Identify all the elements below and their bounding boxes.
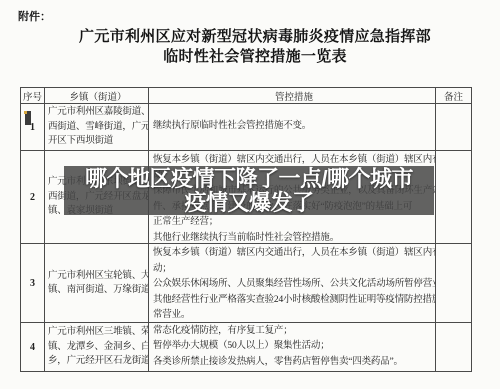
measures-line: 正常生产经营； [153, 215, 435, 231]
remark-cell [436, 244, 471, 322]
row-number: 3 [21, 244, 45, 322]
township-line: 乡，广元经开区石龙街道 [48, 354, 148, 369]
table-row: 4 广元市利州区三堆镇、荣山 镇、龙潭乡、金洞乡、白朝 乡，广元经开区石龙街道 … [21, 323, 471, 371]
measures-cell: 恢复本乡镇（街道）辖区内交通出行，人员在本乡镇（街道）辖区内有序流 动； 公众娱… [149, 244, 436, 322]
table-header-row: 序号 乡镇（街道） 管控措施 备注 [21, 88, 471, 104]
row-number: 2 [21, 151, 45, 243]
table-row: 3 广元市利州区宝轮镇、大石 镇、南河街道、万缘街道 恢复本乡镇（街道）辖区内交… [21, 244, 471, 323]
row-number: 4 [21, 323, 45, 371]
caption-line1: 哪个地区疫情下降了一点/哪个城市 [85, 167, 413, 191]
township-line: 广元市利州区嘉陵街道、河 [48, 105, 148, 120]
measures-line: 暂停举办大规模（50人以上）聚集性活动； [153, 339, 435, 355]
caption-line2: 疫情又爆发了 [184, 191, 313, 215]
township-line: 广元市利州区宝轮镇、大石 [48, 269, 148, 284]
header-cell-township: 乡镇（街道） [45, 88, 149, 103]
measures-table: 序号 乡镇（街道） 管控措施 备注 1 广元市利州区嘉陵街道、河 西街道、雪峰街… [20, 87, 472, 372]
header-cell-no: 序号 [21, 88, 45, 103]
measures-line: 继续执行原临时性社会管控措施不变。 [153, 119, 435, 135]
attachment-label: 附件： [18, 8, 51, 24]
township-line: 西街道、雪峰街道，广元经 [48, 120, 148, 135]
measures-line: 常态化疫情防控，有序复工复产； [153, 324, 435, 340]
measures-line: 各类诊所禁止接诊发热病人，零售药店暂停售卖“四类药品”。 [153, 355, 435, 371]
remark-cell [436, 323, 471, 371]
remark-cell [436, 151, 471, 243]
township-line: 广元市利州区三堆镇、荣山 [48, 325, 148, 340]
artifact-dot [24, 111, 27, 114]
township-line: 镇、龙潭乡、金洞乡、白朝 [48, 340, 148, 355]
measures-line: 常营业。 [153, 308, 435, 322]
measures-line: 动； [153, 262, 435, 278]
video-ui-artifact [25, 111, 31, 125]
measures-cell: 常态化疫情防控，有序复工复产； 暂停举办大规模（50人以上）聚集性活动； 各类诊… [149, 323, 436, 371]
remark-cell [436, 104, 471, 150]
doc-title-line1: 广元市利州区应对新型冠状病毒肺炎疫情应急指挥部 [30, 25, 480, 46]
measures-line: 恢复本乡镇（街道）辖区内交通出行，人员在本乡镇（街道）辖区内有序流 [153, 246, 435, 262]
township-cell: 广元市利州区嘉陵街道、河 西街道、雪峰街道，广元经 开区下西坝街道 [45, 104, 149, 150]
header-cell-measures: 管控措施 [149, 88, 436, 103]
township-line: 镇、南河街道、万缘街道 [48, 283, 148, 298]
township-line: 开区下西坝街道 [48, 134, 148, 149]
measures-cell: 继续执行原临时性社会管控措施不变。 [149, 104, 436, 150]
header-cell-remark: 备注 [436, 88, 471, 103]
caption-overlay: 哪个地区疫情下降了一点/哪个城市 疫情又爆发了 [64, 166, 434, 215]
township-cell: 广元市利州区三堆镇、荣山 镇、龙潭乡、金洞乡、白朝 乡，广元经开区石龙街道 [45, 323, 149, 371]
table-row: 1 广元市利州区嘉陵街道、河 西街道、雪峰街道，广元经 开区下西坝街道 继续执行… [21, 104, 471, 151]
doc-title-line2: 临时性社会管控措施一览表 [30, 45, 480, 66]
measures-line: 其他行业继续执行当前临时性社会管控措施。 [153, 231, 435, 244]
township-cell: 广元市利州区宝轮镇、大石 镇、南河街道、万缘街道 [45, 244, 149, 322]
document-page: 附件： 广元市利州区应对新型冠状病毒肺炎疫情应急指挥部 临时性社会管控措施一览表… [0, 0, 500, 389]
measures-line: 公众娱乐休闲场所、人员聚集经营性场所、公共文化活动场所暂停营业； [153, 277, 435, 293]
measures-line: 其他经营性行业严格落实查验24小时核酸检测阴性证明等疫情防控措施可正 [153, 293, 435, 309]
